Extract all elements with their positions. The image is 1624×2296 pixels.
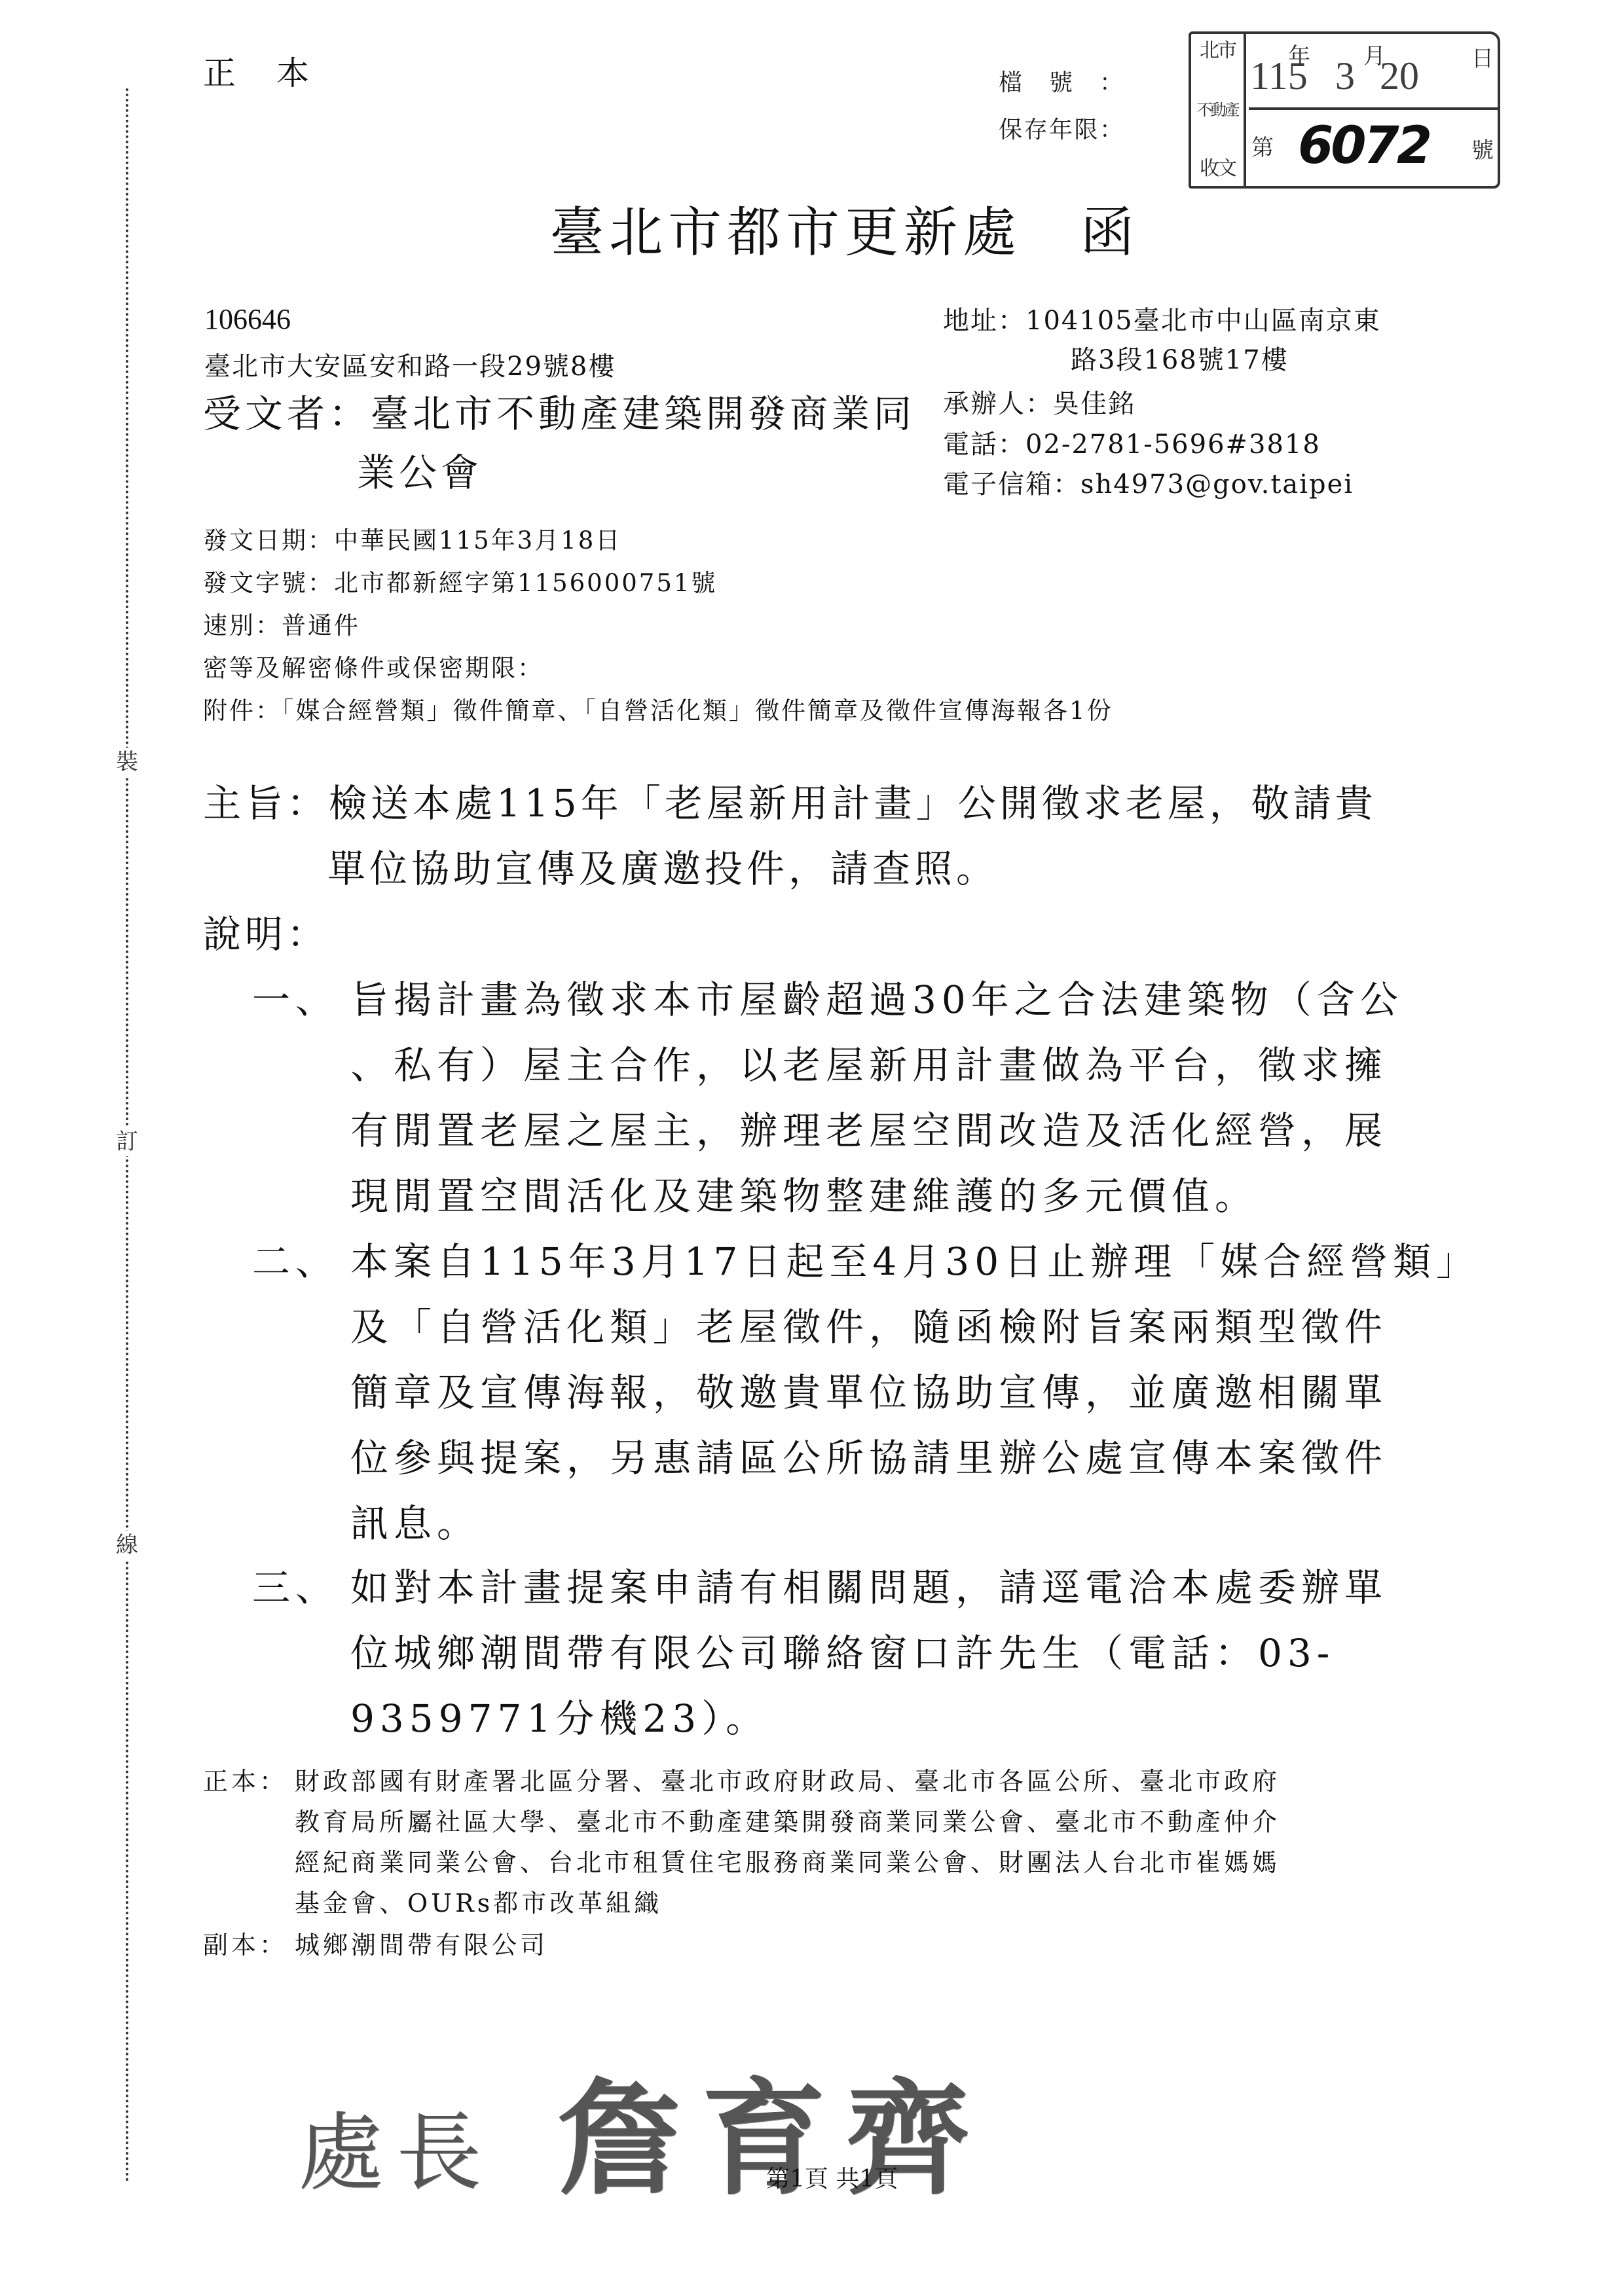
retention-period-label: 保存年限： [999,111,1123,145]
issuing-agency: 臺北市都市更新處 [550,202,1022,264]
original-recipients-line: 經紀商業同業公會、台北市租賃住宅服務商業同業公會、財團法人台北市崔媽媽 [295,1842,1280,1878]
classification: 密等及解密條件或保密期限： [203,648,544,683]
binding-mark-zhuang: 裝 [113,748,141,776]
receipt-stamp: 北市 不動產 收文 115 年 3 月 20 日 第 6072 號 [1189,31,1500,189]
stamp-year-unit: 年 [1288,38,1310,70]
stamp-side-label: 收文 [1200,157,1235,181]
document-number: 發文字號：北市都新經字第1156000751號 [203,563,717,598]
original-recipients-line: 財政部國有財產署北區分署、臺北市政府財政局、臺北市各區公所、臺北市政府 [295,1761,1280,1797]
sender-address-line2: 路3段168號17樓 [1071,339,1289,376]
copy-recipients-label: 副本： [203,1925,287,1961]
recipient-name-continued: 業公會 [357,442,483,497]
stamp-side-labels: 北市 不動產 收文 [1191,34,1246,186]
explanation-item-2-line: 及「自營活化類」老屋徵件，隨函檢附旨案兩類型徵件 [350,1296,1388,1351]
original-recipients-label: 正本： [203,1761,287,1797]
sender-address-line1: 地址：104105臺北市中山區南京東 [943,300,1381,337]
explanation-item-2-line: 位參與提案，另惠請區公所協請里辦公處宣傳本案徵件 [350,1427,1388,1482]
explanation-item-3-line: 如對本計畫提案申請有相關問題，請逕電洽本處委辦單 [350,1557,1388,1612]
issue-date: 發文日期：中華民國115年3月18日 [203,520,621,556]
document-title: 臺北市都市更新處函 [550,190,1139,266]
explanation-item-1-line: 有閒置老屋之屋主，辦理老屋空間改造及活化經營，展 [350,1100,1388,1155]
copy-type-label: 正本 [203,47,350,94]
explanation-heading: 說明： [203,903,329,958]
explanation-item-1-line: 現閒置空間活化及建築物整建維護的多元價值。 [350,1165,1258,1220]
stamp-handwritten-number: 6072 [1298,117,1430,175]
file-number-label: 檔號： [999,64,1123,98]
stamp-side-label: 北市 [1200,39,1235,63]
handler-email: 電子信箱：sh4973@gov.taipei [943,464,1354,501]
signature-title: 處長 [298,2103,494,2202]
explanation-item-2-number: 二、 [252,1231,339,1286]
recipient-line: 受文者：臺北市不動產建築開發商業同 [203,383,915,438]
recipient-zip-code: 106646 [204,302,291,336]
file-number-field: 檔號： [999,64,1123,98]
page-indicator: 第1頁 共1頁 [766,2160,898,2194]
binding-mark-xian: 線 [113,1531,141,1559]
recipient-label: 受文者： [203,392,371,436]
original-recipients-line: 教育局所屬社區大學、臺北市不動產建築開發商業同業公會、臺北市不動產仲介 [295,1802,1280,1838]
handler-phone: 電話：02-2781-5696#3818 [943,424,1321,461]
explanation-item-2-line: 訊息。 [350,1493,480,1548]
explanation-item-1-number: 一、 [252,969,339,1024]
explanation-item-2-line: 本案自115年3月17日起至4月30日止辦理「媒合經營類」 [350,1231,1479,1286]
stamp-date-row: 115 年 3 月 20 日 [1249,34,1498,110]
copy-recipients-line: 城鄉潮間帶有限公司 [295,1925,548,1961]
recipient-name: 臺北市不動產建築開發商業同 [371,392,915,436]
recipient-address: 臺北市大安區安和路一段29號8樓 [204,346,616,383]
document-type: 函 [1080,202,1139,264]
priority: 速別：普通件 [203,606,360,641]
explanation-item-3-line: 位城鄉潮間帶有限公司聯絡窗口許先生（電話：03- [350,1622,1335,1677]
binding-mark-ding: 訂 [113,1127,141,1156]
stamp-month: 3 [1335,54,1355,99]
explanation-item-3-line: 9359771分機23）。 [350,1688,769,1743]
stamp-no-prefix: 第 [1251,130,1274,162]
handler-name: 承辦人：吳佳銘 [943,383,1135,420]
retention-period-field: 保存年限： [999,111,1123,145]
stamp-number-row: 第 6072 號 [1249,110,1498,186]
original-recipients-line: 基金會、OURs都市改革組織 [295,1883,662,1919]
attachments: 附件：「媒合經營類」徵件簡章、「自營活化類」徵件簡章及徵件宣傳海報各1份 [203,691,1113,726]
explanation-item-3-number: 三、 [252,1557,339,1612]
stamp-no-suffix: 號 [1471,132,1494,164]
stamp-day-unit: 日 [1471,41,1494,73]
subject-line1: 主旨：檢送本處115年「老屋新用計畫」公開徵求老屋，敬請貴 [203,773,1377,828]
subject-line2: 單位協助宣傳及廣邀投件，請查照。 [327,838,998,893]
explanation-item-1-line: 、私有）屋主合作，以老屋新用計畫做為平台，徵求擁 [350,1034,1388,1089]
stamp-side-label: 不動產 [1197,98,1238,122]
stamp-day: 20 [1380,54,1419,99]
explanation-item-1-line: 旨揭計畫為徵求本市屋齡超過30年之合法建築物（含公 [350,969,1403,1024]
explanation-item-2-line: 簡章及宣傳海報，敬邀貴單位協助宣傳，並廣邀相關單 [350,1362,1388,1417]
